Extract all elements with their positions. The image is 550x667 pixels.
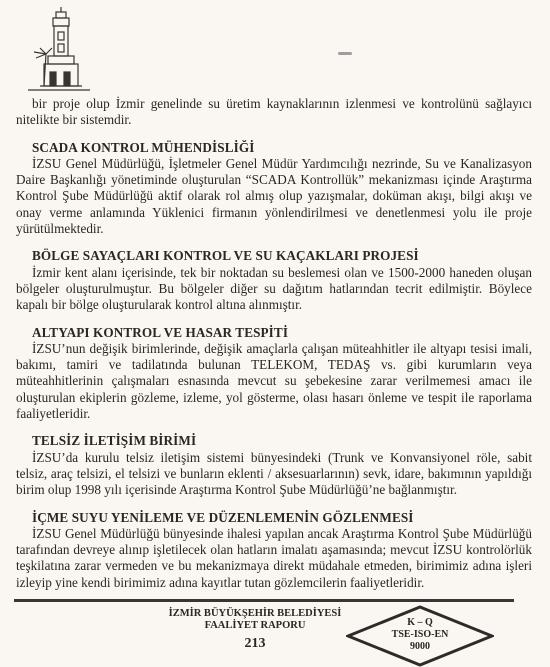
badge-line-3: 9000 — [382, 641, 458, 653]
section-heading: İÇME SUYU YENİLEME VE DÜZENLEMENİN GÖZLE… — [16, 510, 532, 526]
section-text: İZSU’nun değişik birimlerinde, değişik a… — [16, 341, 532, 422]
footer-report-title: FAALİYET RAPORU — [140, 620, 370, 632]
page-number: 213 — [225, 636, 285, 652]
section-text: İZSU Genel Müdürlüğü, İşletmeler Genel M… — [16, 156, 532, 237]
quality-badge-text: K – Q TSE-ISO-EN 9000 — [382, 617, 458, 653]
section-heading: SCADA KONTROL MÜHENDİSLİĞİ — [16, 140, 532, 156]
section-text: İZSU Genel Müdürlüğü bünyesinde ihalesi … — [16, 526, 532, 591]
section-altyapi: ALTYAPI KONTROL VE HASAR TESPİTİ İZSU’nu… — [16, 325, 532, 423]
document-page: bir proje olup İzmir genelinde su üretim… — [0, 0, 550, 667]
badge-line-2: TSE-ISO-EN — [382, 629, 458, 641]
document-body: bir proje olup İzmir genelinde su üretim… — [16, 96, 532, 591]
clock-tower-icon — [18, 4, 98, 94]
footer-divider — [14, 599, 514, 602]
section-heading: TELSİZ İLETİŞİM BİRİMİ — [16, 433, 532, 449]
section-heading: ALTYAPI KONTROL VE HASAR TESPİTİ — [16, 325, 532, 341]
intro-paragraph: bir proje olup İzmir genelinde su üretim… — [16, 96, 532, 129]
footer-organization: İZMİR BÜYÜKŞEHİR BELEDİYESİ FAALİYET RAP… — [140, 608, 370, 632]
scan-smudge — [338, 52, 352, 55]
section-bolge-sayaclari: BÖLGE SAYAÇLARI KONTROL VE SU KAÇAKLARI … — [16, 248, 532, 313]
section-heading: BÖLGE SAYAÇLARI KONTROL VE SU KAÇAKLARI … — [16, 248, 532, 264]
section-text: İzmir kent alanı içerisinde, tek bir nok… — [16, 265, 532, 314]
section-icme-suyu: İÇME SUYU YENİLEME VE DÜZENLEMENİN GÖZLE… — [16, 510, 532, 591]
section-scada: SCADA KONTROL MÜHENDİSLİĞİ İZSU Genel Mü… — [16, 140, 532, 238]
section-telsiz: TELSİZ İLETİŞİM BİRİMİ İZSU’da kurulu te… — [16, 433, 532, 498]
footer-org-name: İZMİR BÜYÜKŞEHİR BELEDİYESİ — [140, 608, 370, 620]
section-text: İZSU’da kurulu telsiz iletişim sistemi b… — [16, 450, 532, 499]
badge-line-1: K – Q — [382, 617, 458, 629]
